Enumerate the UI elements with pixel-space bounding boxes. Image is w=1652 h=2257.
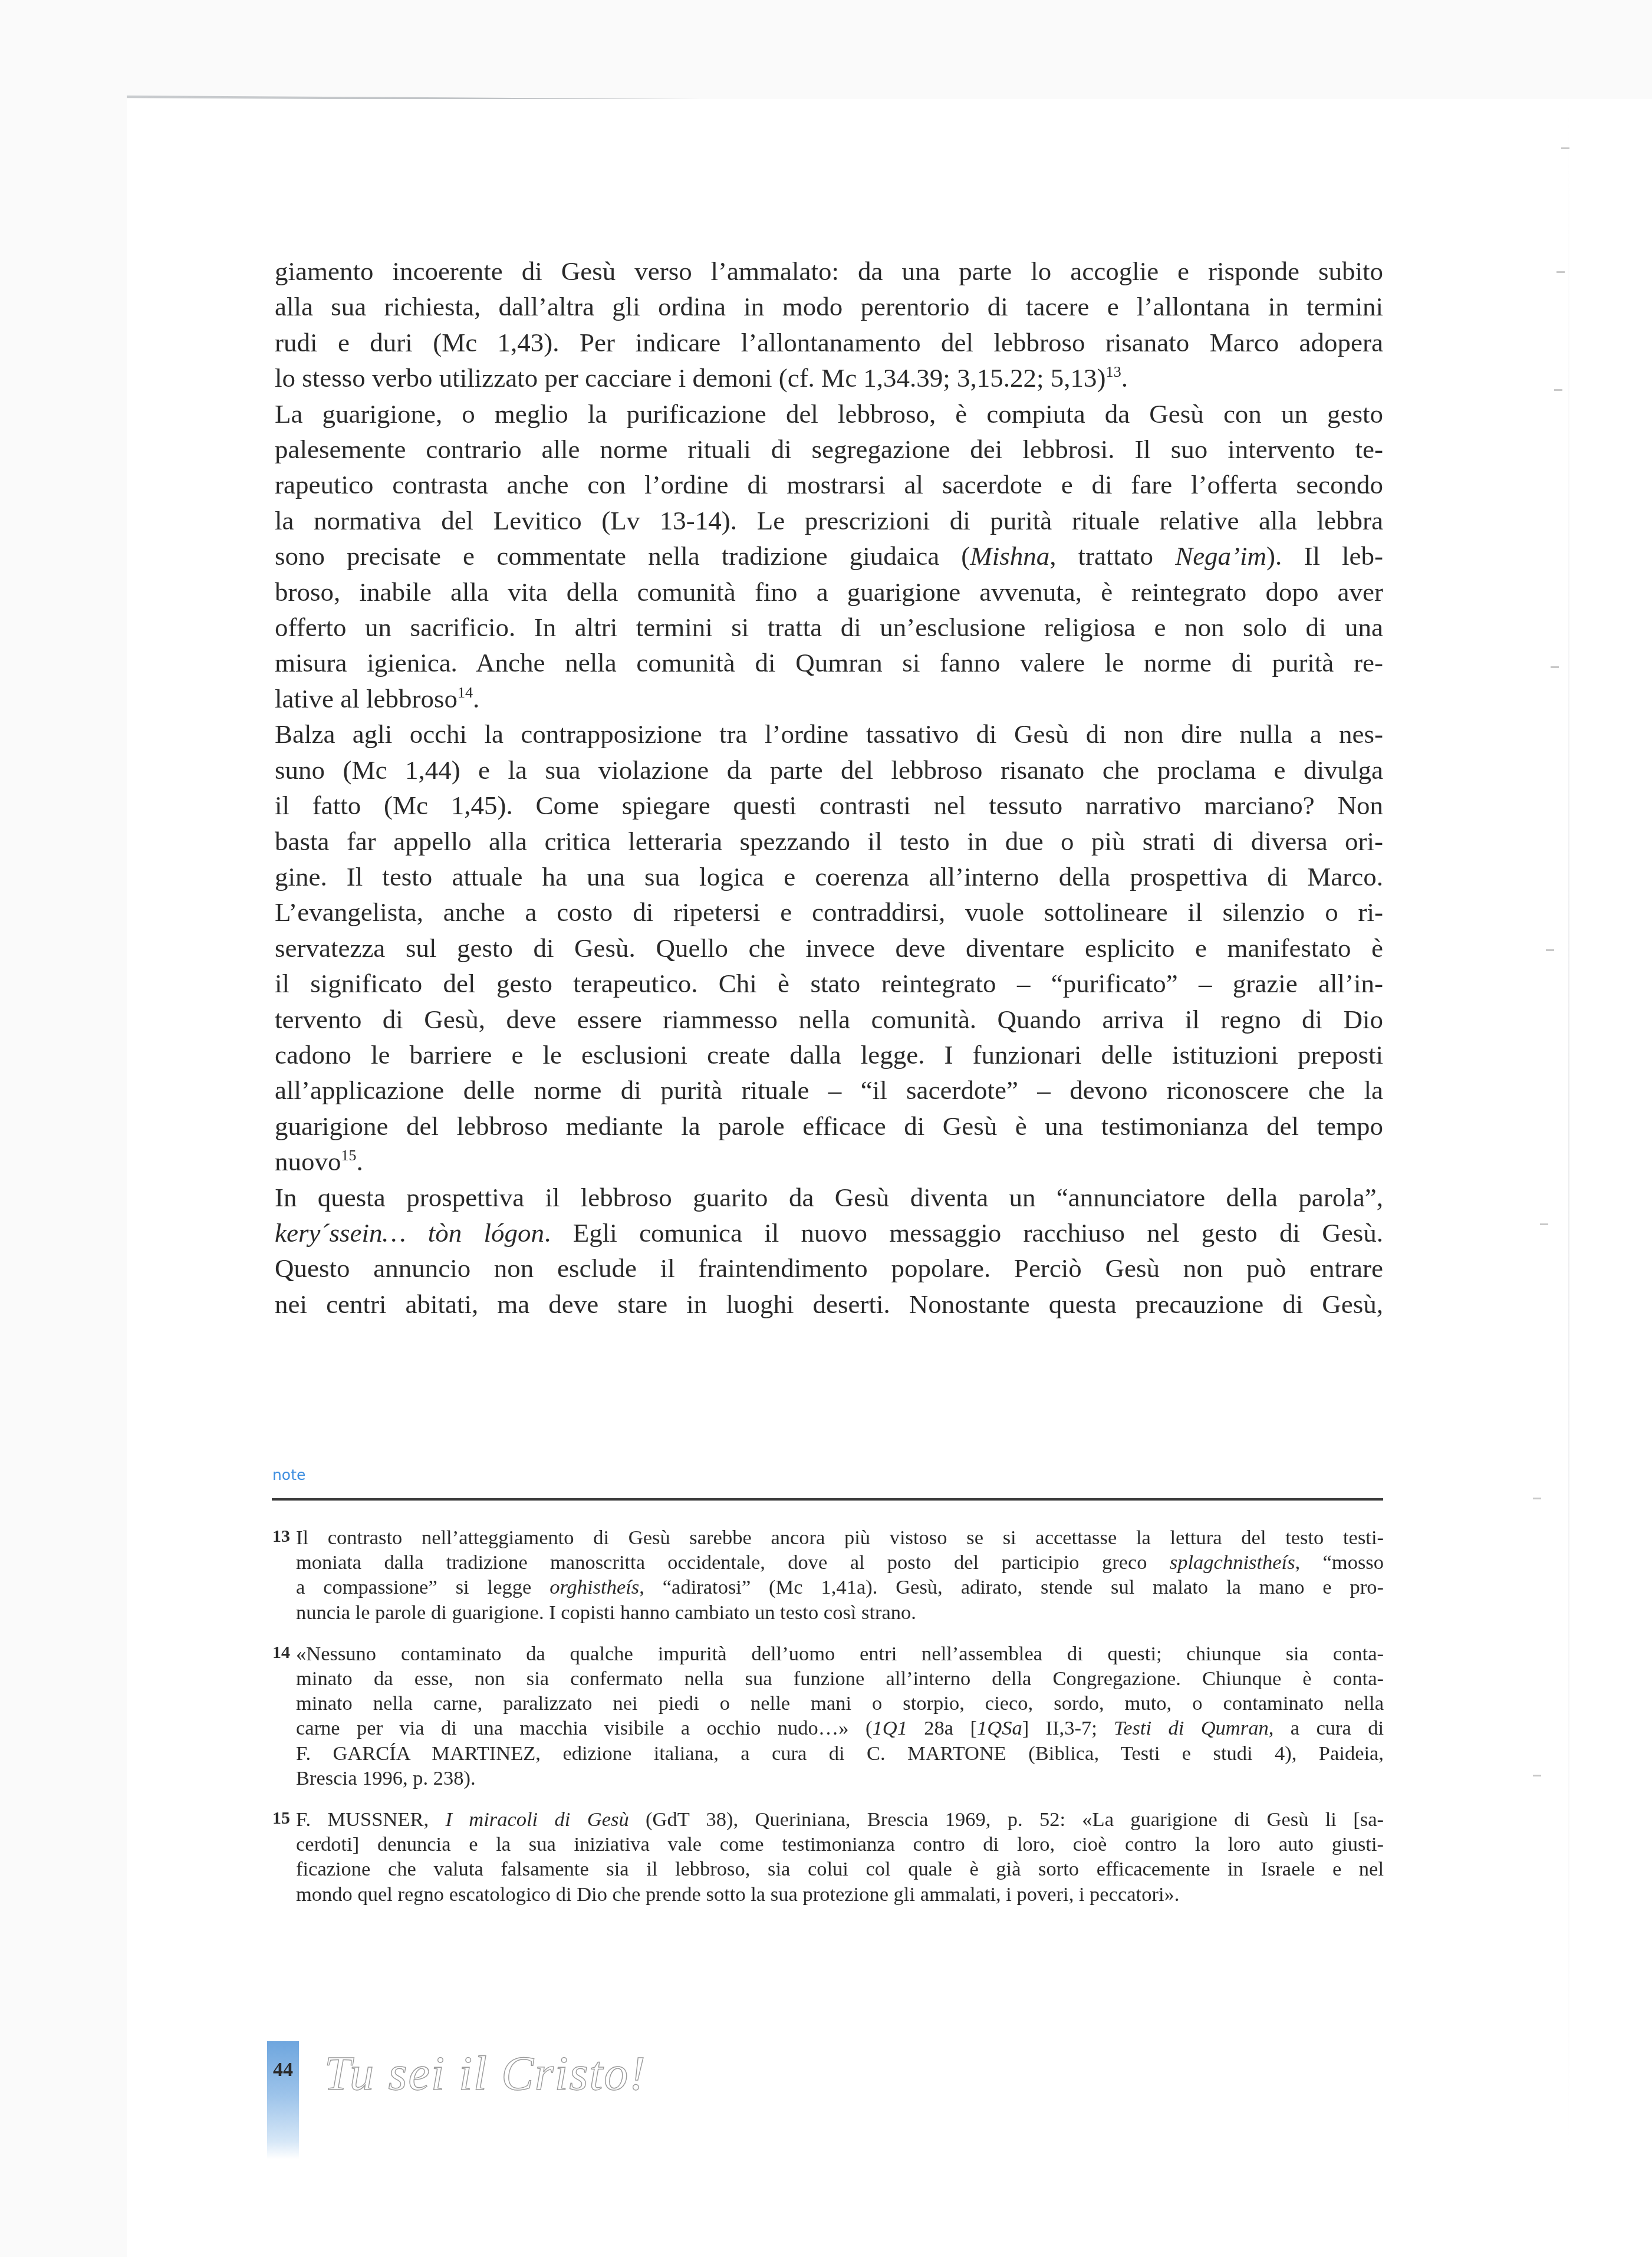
scan-mark [1556,271,1565,273]
text-line: servatezza sul gesto di Gesù. Quello che… [275,930,1383,966]
text-line: guarigione del lebbroso mediante la paro… [275,1108,1383,1144]
footnote-line: a compassione” si legge orghistheís, “ad… [296,1575,1384,1600]
footnote-line: minato nella carne, paralizzato nei pied… [296,1691,1384,1716]
footnote-14: 14 «Nessuno contaminato da qualche impur… [272,1641,1384,1791]
italic-term: splagchnistheís [1170,1551,1295,1574]
text-line: broso, inabile alla vita della comunità … [275,574,1383,610]
text-line: nuovo15. [275,1144,1383,1179]
footnote-13: 13 Il contrasto nell’atteggiamento di Ge… [272,1525,1384,1625]
footnote-line: mondo quel regno escatologico di Dio che… [296,1882,1384,1907]
footnote-line: cerdoti] denuncia e la sua iniziativa va… [296,1832,1384,1857]
text-line: alla sua richiesta, dall’altra gli ordin… [275,289,1383,324]
text-line: la normativa del Levitico (Lv 13-14). Le… [275,503,1383,538]
text-line: il significato del gesto terapeutico. Ch… [275,966,1383,1001]
greek-transliteration: kery´ssein… tòn lógon [275,1218,544,1248]
italic-term: Mishna [970,541,1049,571]
paragraph-1: giamento incoerente di Gesù verso l’amma… [275,254,1383,396]
notes-divider [272,1498,1383,1501]
italic-title: I miracoli di Gesù [445,1808,628,1831]
text-line: suno (Mc 1,44) e la sua violazione da pa… [275,752,1383,788]
scan-mark [1546,949,1554,951]
text-line: offerto un sacrificio. In altri termini … [275,610,1383,645]
text-line: gine. Il testo attuale ha una sua logica… [275,859,1383,894]
text-line: palesemente contrario alle norme rituali… [275,432,1383,467]
footnote-line: carne per via di una macchia visibile a … [296,1716,1384,1741]
footnote-ref-13[interactable]: 13 [1106,363,1121,380]
text-line: kery´ssein… tòn lógon. Egli comunica il … [275,1215,1383,1251]
italic-term: 1Q1 [872,1717,907,1739]
text-line: il fatto (Mc 1,45). Come spiegare questi… [275,788,1383,823]
text-line: lo stesso verbo utilizzato per cacciare … [275,360,1383,396]
footnote-15: 15 F. MUSSNER, I miracoli di Gesù (GdT 3… [272,1807,1384,1907]
text-line: giamento incoerente di Gesù verso l’amma… [275,254,1383,289]
text-line: rapeutico contrasta anche con l’ordine d… [275,467,1383,502]
footnote-line: F. MUSSNER, I miracoli di Gesù (GdT 38),… [296,1807,1384,1832]
italic-term: Nega’im [1175,541,1266,571]
footnote-number: 15 [272,1806,290,1831]
text-line: Balza agli occhi la contrapposizione tra… [275,716,1383,752]
text-line: cadono le barriere e le esclusioni creat… [275,1037,1383,1072]
paragraph-2: La guarigione, o meglio la purificazione… [275,396,1383,717]
text-line: rudi e duri (Mc 1,43). Per indicare l’al… [275,325,1383,360]
text-line: misura igienica. Anche nella comunità di… [275,645,1383,680]
footnote-number: 14 [272,1640,290,1665]
footnote-ref-15[interactable]: 15 [341,1147,357,1164]
page-number: 44 [267,2059,299,2081]
text-line: In questa prospettiva il lebbroso guarit… [275,1180,1383,1215]
footnote-line: nuncia le parole di guarigione. I copist… [296,1600,1384,1625]
scan-mark [1554,389,1562,391]
footnote-line: moniata dalla tradizione manoscritta occ… [296,1550,1384,1575]
footnotes: 13 Il contrasto nell’atteggiamento di Ge… [272,1525,1384,1923]
italic-term: Testi di Qumran [1114,1717,1269,1739]
italic-term: 1QSa [977,1717,1022,1739]
text-line: basta far appello alla critica letterari… [275,824,1383,859]
footnote-line: Brescia 1996, p. 238). [296,1766,1384,1791]
scan-mark [1533,1498,1541,1499]
footnote-line: Il contrasto nell’atteggiamento di Gesù … [296,1525,1384,1550]
scan-mark [1540,1223,1548,1225]
main-text: giamento incoerente di Gesù verso l’amma… [275,254,1383,1322]
footnote-line: F. GARCÍA MARTINEZ, edizione italiana, a… [296,1741,1384,1766]
scan-mark [1533,1775,1541,1776]
text-line: tervento di Gesù, deve essere riammesso … [275,1002,1383,1037]
scan-mark [1561,147,1569,149]
text-line: lative al lebbroso14. [275,681,1383,716]
running-title: Tu sei il Cristo! [324,2046,647,2101]
scan-mark [1551,666,1559,668]
footnote-line: minato da esse, non sia confermato nella… [296,1666,1384,1691]
footnote-line: «Nessuno contaminato da qualche impurità… [296,1641,1384,1666]
text-line: sono precisate e commentate nella tradiz… [275,538,1383,574]
text-line: L’evangelista, anche a costo di ripeters… [275,894,1383,930]
footnote-ref-14[interactable]: 14 [458,684,473,701]
text-line: nei centri abitati, ma deve stare in luo… [275,1287,1383,1322]
paragraph-3: Balza agli occhi la contrapposizione tra… [275,716,1383,1179]
footnote-line: ficazione che valuta falsamente sia il l… [296,1857,1384,1881]
footnote-number: 13 [272,1524,290,1549]
text-line: all’applicazione delle norme di purità r… [275,1072,1383,1108]
text-line: Questo annuncio non esclude il fraintend… [275,1251,1383,1286]
text-line: La guarigione, o meglio la purificazione… [275,396,1383,432]
paragraph-4: In questa prospettiva il lebbroso guarit… [275,1180,1383,1322]
page-fold-shadow [1568,106,1569,2158]
notes-label: note [272,1466,305,1483]
italic-term: orghistheís [549,1576,639,1598]
